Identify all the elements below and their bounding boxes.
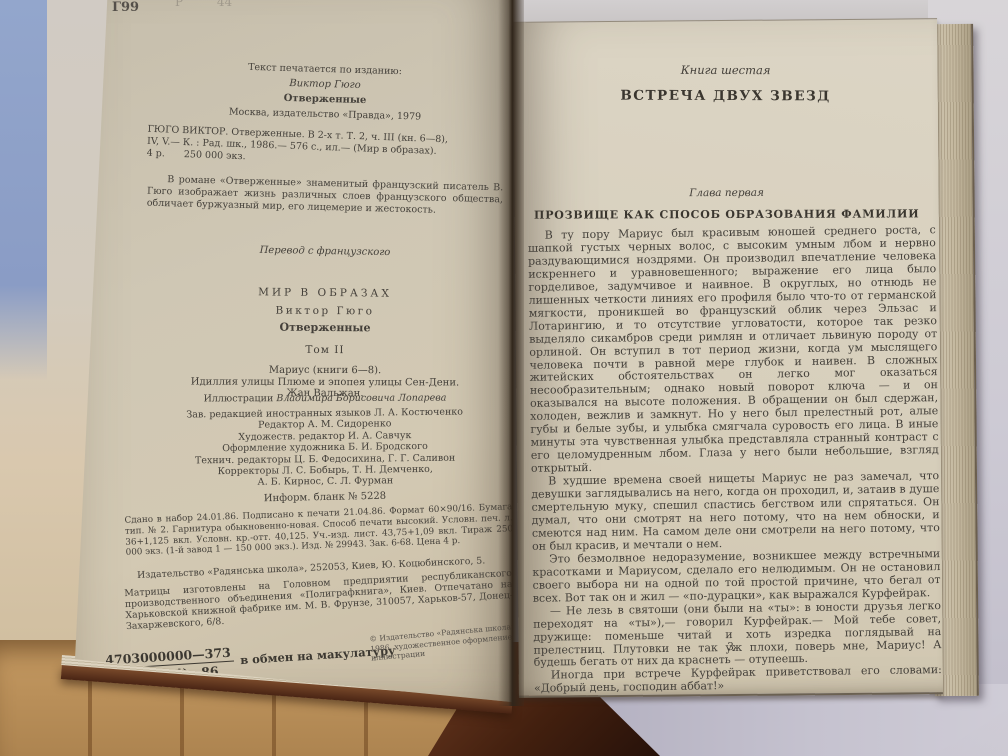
blue-wall-strip [0,0,47,380]
series-title: МИР В ОБРАЗАХ [147,285,503,301]
library-stamp: Г99 [112,0,139,15]
catalog-card: ГЮГО ВИКТОР. Отверженные. В 2-х т. Т. 2,… [146,124,503,172]
book-photo-scene: Г99 Р 44 Текст печатается по изданию: Ви… [0,0,1008,756]
book-part-title: ВСТРЕЧА ДВУХ ЗВЕЗД [514,87,938,104]
body-text: В ту пору Мариус был красивым юношей сре… [528,224,942,696]
editorial-staff: Зав. редакцией иностранных языков Л. А. … [147,406,504,490]
print-specifications: Сдано в набор 24.01.86. Подписано к печа… [124,502,513,559]
paragraph: — Не лезь в святоши (они были на «ты»: в… [533,600,942,670]
paragraph: В худшие времена своей нищеты Мариус не … [531,470,940,553]
book-heading: Книга шестая ВСТРЕЧА ДВУХ ЗВЕЗД [514,62,938,104]
book-spine-gutter [498,0,524,706]
paragraph: Иногда при встрече Курфейрак приветствов… [534,664,942,696]
book-title: Отверженные [147,320,503,335]
chapter-title: ПРОЗВИЩЕ КАК СПОСОБ ОБРАЗОВАНИЯ ФАМИЛИИ [515,207,939,221]
right-page: Книга шестая ВСТРЕЧА ДВУХ ЗВЕЗД Глава пе… [513,18,943,698]
author-name: Виктор Гюго [147,303,503,318]
illustrations-label: Иллюстрации [204,393,274,404]
paragraph: Это безмолвное недоразумение, возникшее … [532,548,941,606]
staff-line: А. Б. Кирнос, С. Л. Фурман [147,475,503,490]
pencil-mark: Р 44 [175,0,232,9]
contents-line: Идиллия улицы Плюме и эпопея улицы Сен-Д… [147,376,503,389]
paragraph: В ту пору Мариус был красивым юношей сре… [528,224,939,476]
left-page: Г99 Р 44 Текст печатается по изданию: Ви… [75,0,512,702]
annotation: В романе «Отверженные» знаменитый францу… [147,174,504,219]
chapter-number: Глава первая [515,186,939,199]
illustrations-credit: Иллюстрации Владимира Борисовича Лопарев… [147,392,503,404]
volume-number: Том II [147,343,503,357]
illustrator-name: Владимира Борисовича Лопарева [276,393,446,405]
chapter-heading: Глава первая ПРОЗВИЩЕ КАК СПОСОБ ОБРАЗОВ… [515,186,939,221]
translation-note: Перевод с французского [147,243,503,260]
book-number: Книга шестая [514,62,938,77]
